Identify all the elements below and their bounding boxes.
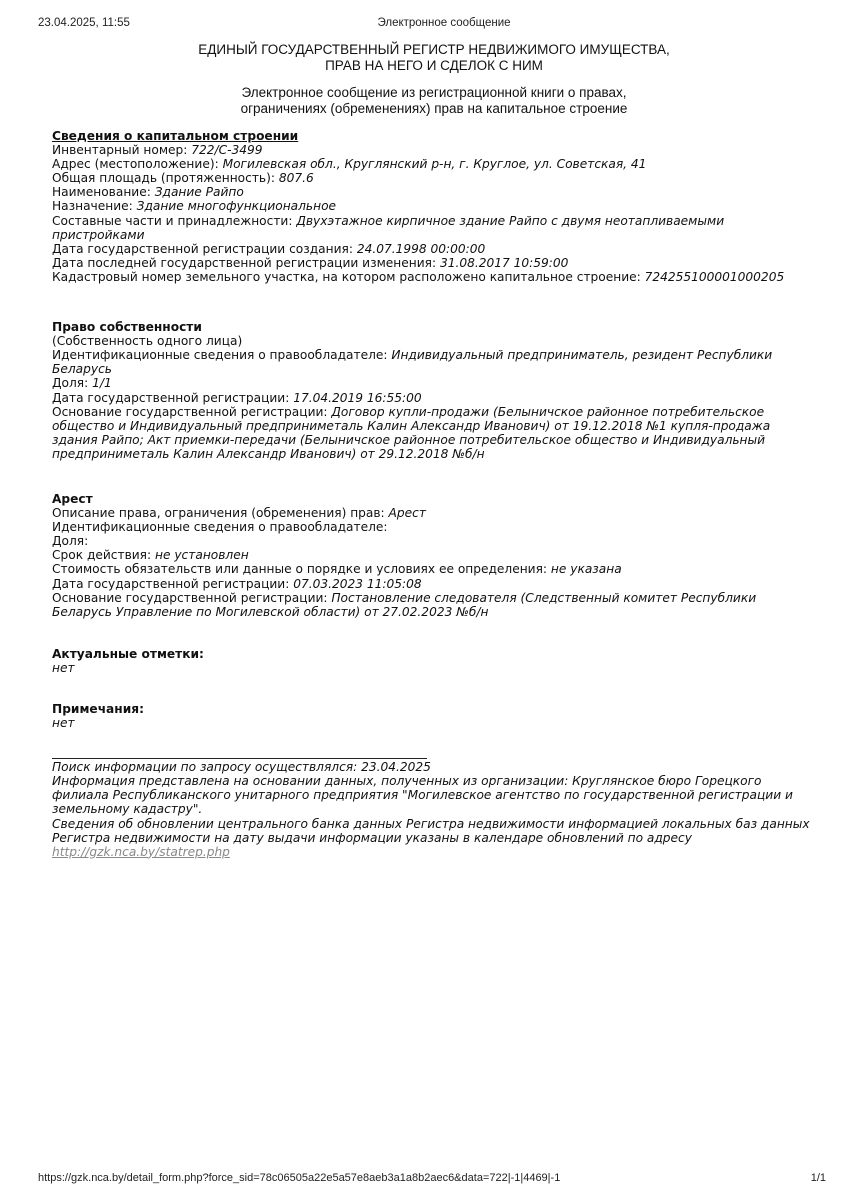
field-label: Дата последней государственной регистрац… — [52, 256, 440, 270]
field-label: Инвентарный номер: — [52, 143, 191, 157]
print-doc-type: Электронное сообщение — [0, 17, 848, 29]
field-value: не указана — [551, 562, 622, 576]
field-label: Доля: — [52, 376, 92, 390]
field-label: Основание государственной регистрации: — [52, 591, 331, 605]
building-field: Дата государственной регистрации создани… — [52, 242, 812, 256]
building-field: Кадастровый номер земельного участка, на… — [52, 270, 812, 284]
marks-heading: Актуальные отметки: — [52, 647, 812, 661]
field-value: 31.08.2017 10:59:00 — [440, 256, 568, 270]
arrest-field: Доля: — [52, 534, 812, 548]
field-label: Кадастровый номер земельного участка, на… — [52, 270, 645, 284]
field-value: 807.6 — [279, 171, 314, 185]
field-label: Назначение: — [52, 199, 137, 213]
page-number: 1/1 — [811, 1172, 826, 1184]
field-label: Доля: — [52, 534, 88, 548]
registry-title-line1: ЕДИНЫЙ ГОСУДАРСТВЕННЫЙ РЕГИСТР НЕДВИЖИМО… — [20, 42, 848, 58]
arrest-fields: Описание права, ограничения (обременения… — [52, 506, 812, 619]
message-subtitle: Электронное сообщение из регистрационной… — [0, 85, 848, 116]
field-label: Составные части и принадлежности: — [52, 214, 296, 228]
ownership-field: Идентификационные сведения о правооблада… — [52, 348, 812, 376]
message-subtitle-line2: ограничениях (обременениях) прав на капи… — [20, 101, 848, 117]
notes-heading: Примечания: — [52, 702, 812, 716]
field-label: Идентификационные сведения о правооблада… — [52, 520, 387, 534]
arrest-field: Описание права, ограничения (обременения… — [52, 506, 812, 520]
arrest-heading: Арест — [52, 492, 812, 506]
field-value: 724255100001000205 — [645, 270, 785, 284]
building-field: Составные части и принадлежности: Двухэт… — [52, 214, 812, 242]
statrep-link[interactable]: http://gzk.nca.by/statrep.php — [52, 845, 230, 859]
field-label: Основание государственной регистрации: — [52, 405, 331, 419]
building-field: Общая площадь (протяженность): 807.6 — [52, 171, 812, 185]
field-value: Арест — [389, 506, 426, 520]
footer-section: Поиск информации по запросу осуществлялс… — [52, 758, 812, 859]
registry-title: ЕДИНЫЙ ГОСУДАРСТВЕННЫЙ РЕГИСТР НЕДВИЖИМО… — [0, 42, 848, 74]
field-value: 07.03.2023 11:05:08 — [293, 577, 421, 591]
arrest-field: Стоимость обязательств или данные о поря… — [52, 562, 812, 576]
field-value: не установлен — [155, 548, 249, 562]
building-field: Дата последней государственной регистрац… — [52, 256, 812, 270]
field-label: Идентификационные сведения о правооблада… — [52, 348, 391, 362]
page-url: https://gzk.nca.by/detail_form.php?force… — [38, 1172, 560, 1184]
arrest-field: Идентификационные сведения о правооблада… — [52, 520, 812, 534]
footer-source: Информация представлена на основании дан… — [52, 774, 812, 816]
registry-title-line2: ПРАВ НА НЕГО И СДЕЛОК С НИМ — [20, 58, 848, 74]
ownership-note: (Собственность одного лица) — [52, 334, 812, 348]
field-value: Могилевская обл., Круглянский р-н, г. Кр… — [223, 157, 647, 171]
field-value: 722/С-3499 — [191, 143, 262, 157]
field-value: Здание многофункциональное — [137, 199, 336, 213]
field-label: Адрес (местоположение): — [52, 157, 223, 171]
arrest-field: Основание государственной регистрации: П… — [52, 591, 812, 619]
field-value: 24.07.1998 00:00:00 — [357, 242, 485, 256]
document-body: Сведения о капитальном строении Инвентар… — [52, 129, 812, 859]
footer-update-info: Сведения об обновлении центрального банк… — [52, 817, 812, 845]
message-subtitle-line1: Электронное сообщение из регистрационной… — [20, 85, 848, 101]
building-heading: Сведения о капитальном строении — [52, 129, 812, 143]
ownership-section: Право собственности (Собственность одног… — [52, 320, 812, 461]
building-field: Назначение: Здание многофункциональное — [52, 199, 812, 213]
arrest-field: Дата государственной регистрации: 07.03.… — [52, 577, 812, 591]
field-label: Дата государственной регистрации: — [52, 391, 293, 405]
building-fields: Инвентарный номер: 722/С-3499Адрес (мест… — [52, 143, 812, 284]
ownership-fields: Идентификационные сведения о правооблада… — [52, 348, 812, 461]
building-field: Инвентарный номер: 722/С-3499 — [52, 143, 812, 157]
arrest-field: Срок действия: не установлен — [52, 548, 812, 562]
field-label: Срок действия: — [52, 548, 155, 562]
ownership-field: Дата государственной регистрации: 17.04.… — [52, 391, 812, 405]
notes-section: Примечания: нет — [52, 702, 812, 730]
notes-value: нет — [52, 716, 812, 730]
field-value: 1/1 — [92, 376, 112, 390]
ownership-heading: Право собственности — [52, 320, 812, 334]
ownership-field: Доля: 1/1 — [52, 376, 812, 390]
building-field: Адрес (местоположение): Могилевская обл.… — [52, 157, 812, 171]
field-label: Дата государственной регистрации: — [52, 577, 293, 591]
field-label: Дата государственной регистрации создани… — [52, 242, 357, 256]
field-value: 17.04.2019 16:55:00 — [293, 391, 421, 405]
field-label: Общая площадь (протяженность): — [52, 171, 279, 185]
marks-section: Актуальные отметки: нет — [52, 647, 812, 675]
building-field: Наименование: Здание Райпо — [52, 185, 812, 199]
building-section: Сведения о капитальном строении Инвентар… — [52, 129, 812, 284]
footer-divider — [52, 758, 427, 759]
arrest-section: Арест Описание права, ограничения (обрем… — [52, 492, 812, 619]
marks-value: нет — [52, 661, 812, 675]
field-value: Здание Райпо — [155, 185, 244, 199]
ownership-field: Основание государственной регистрации: Д… — [52, 405, 812, 461]
field-label: Описание права, ограничения (обременения… — [52, 506, 389, 520]
field-label: Стоимость обязательств или данные о поря… — [52, 562, 551, 576]
field-label: Наименование: — [52, 185, 155, 199]
footer-search-date: Поиск информации по запросу осуществлялс… — [52, 760, 812, 774]
